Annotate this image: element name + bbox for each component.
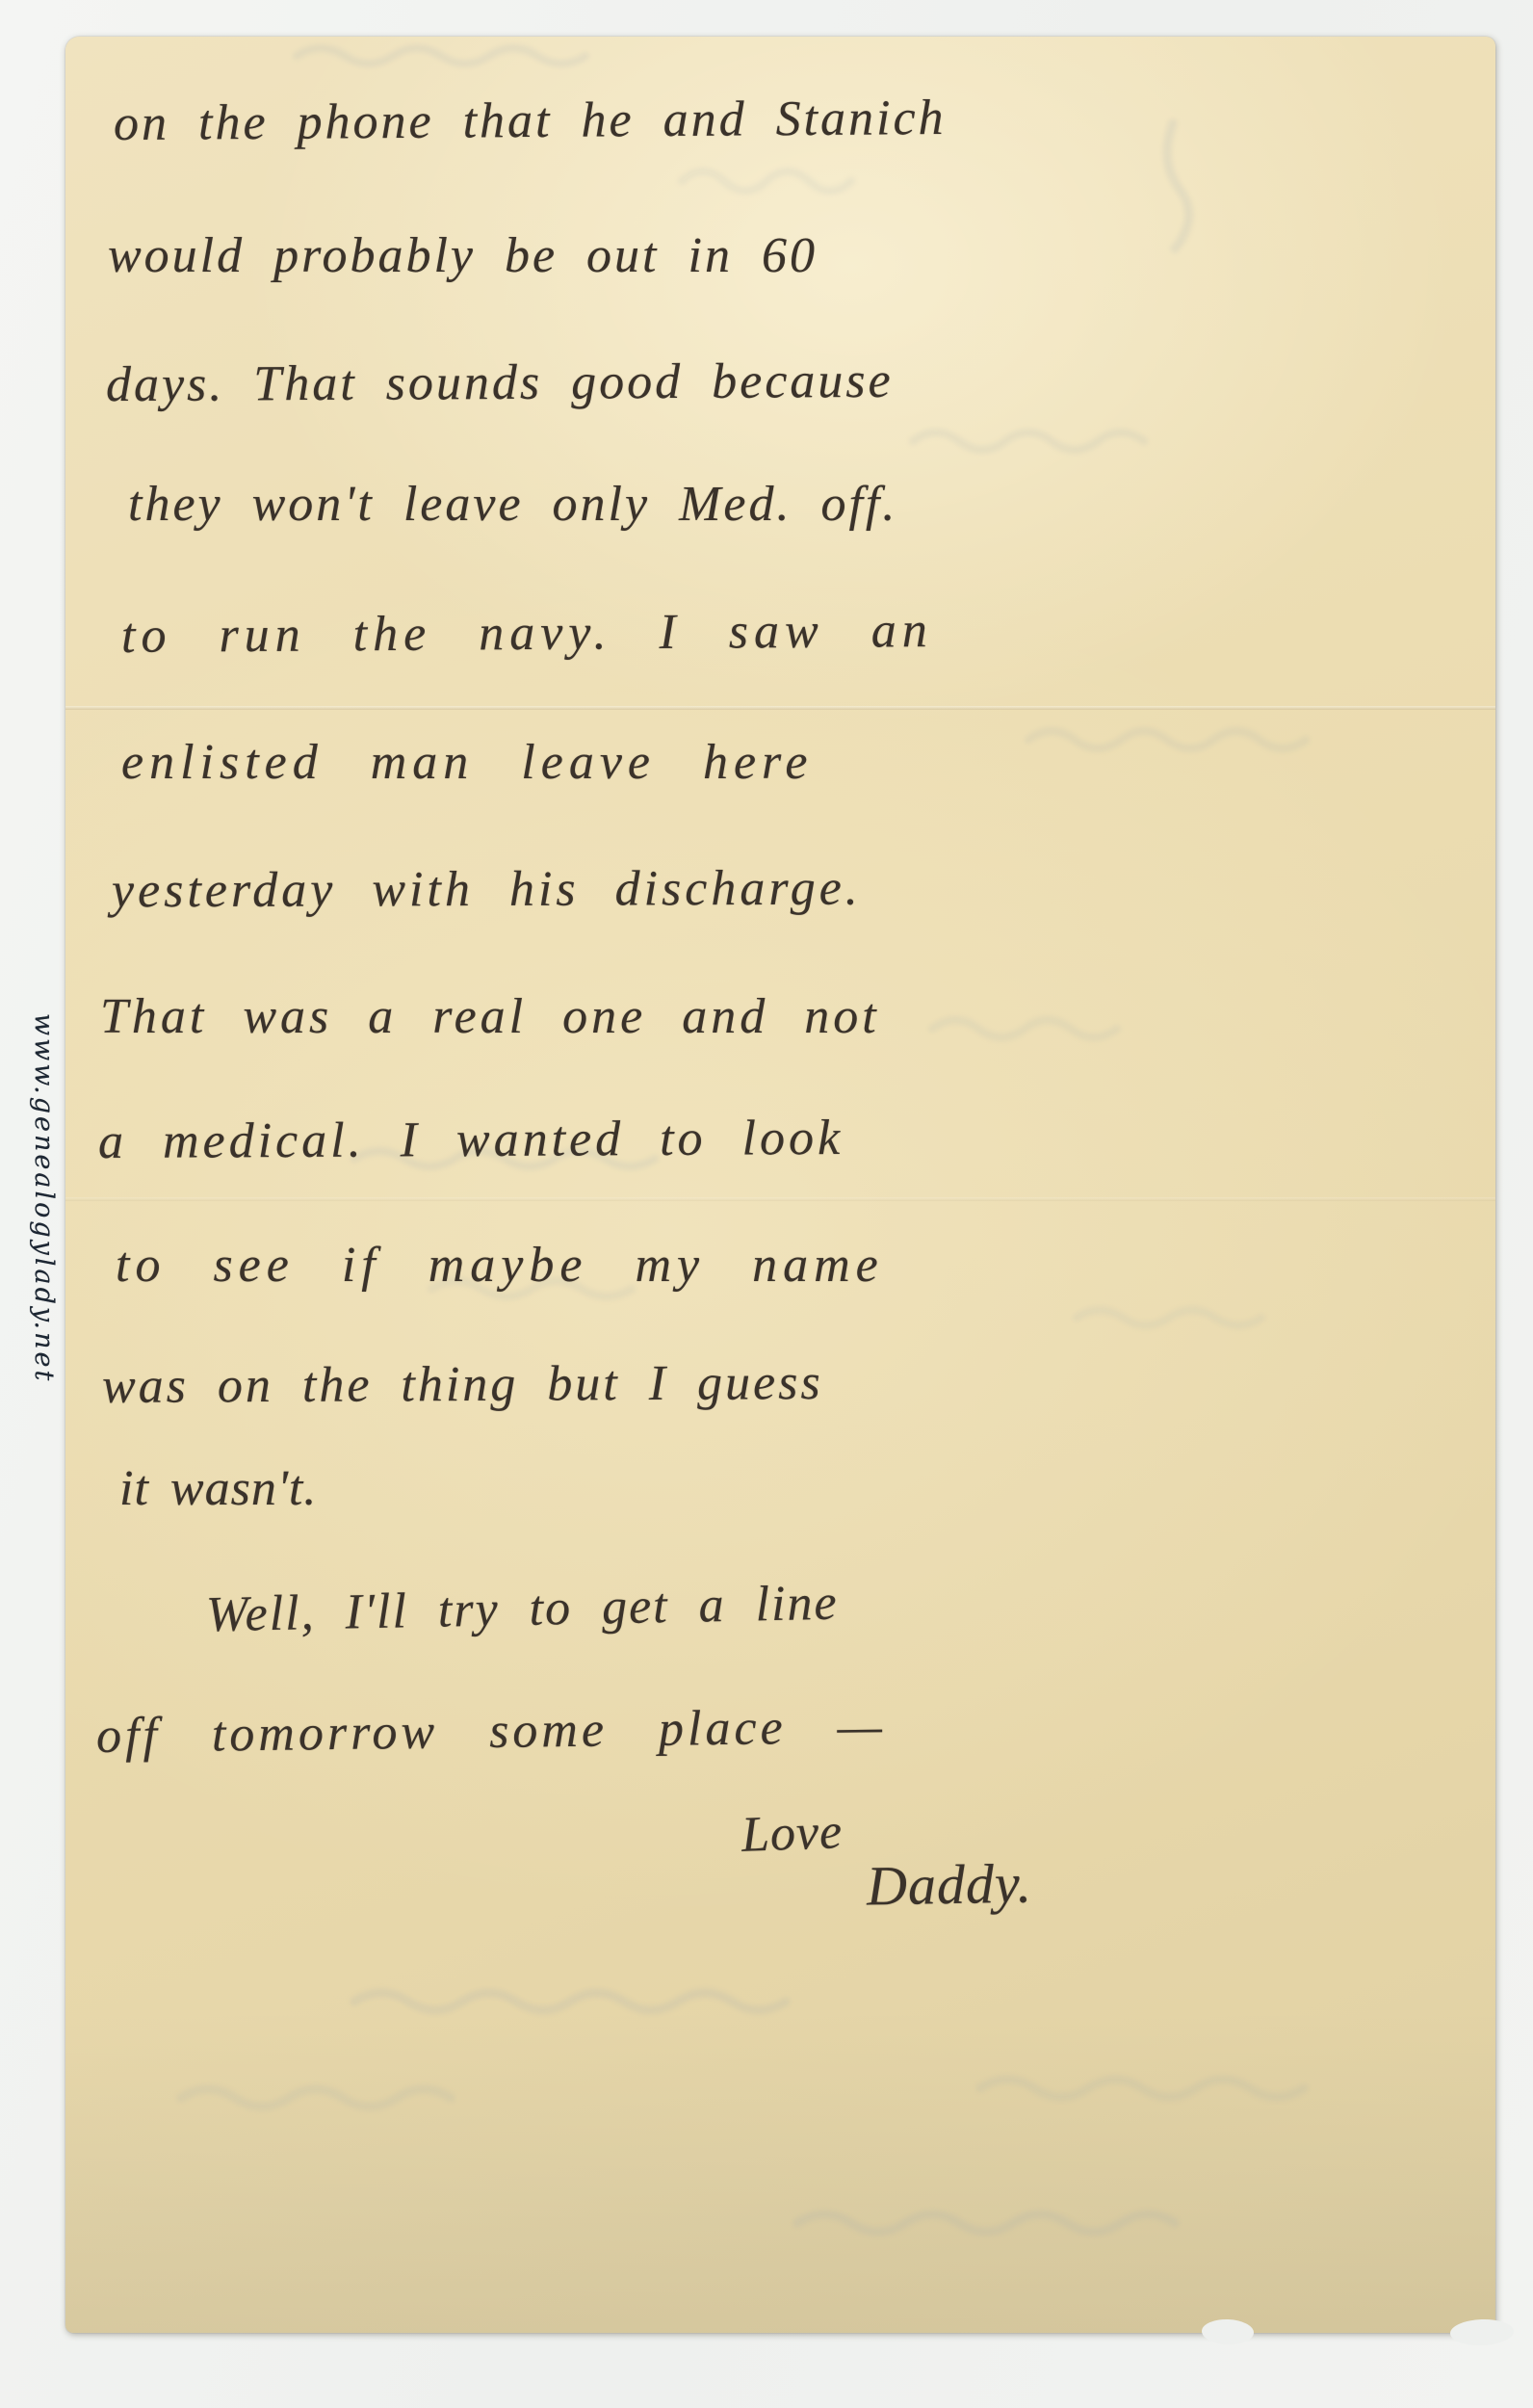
letter-line: to run the navy. I saw an [121,606,933,662]
letter-line: That was a real one and not [100,992,880,1042]
letter-line: they won't leave only Med. off. [128,480,897,530]
watermark-text: www.genealogylady.net [29,1013,59,1383]
letter-line: off tomorrow some place — [96,1702,886,1762]
letter-signature: Daddy. [867,1856,1033,1915]
scan-background: on the phone that he and Stanich would p… [0,0,1533,2408]
letter-line: yesterday with his discharge. [112,864,862,917]
letter-line: was on the thing but I guess [102,1358,823,1412]
letter-page: on the phone that he and Stanich would p… [65,37,1495,2333]
letter-line: to see if maybe my name [116,1241,884,1291]
letter-line: Well, I'll try to get a line [206,1579,839,1641]
letter-line: a medical. I wanted to look [98,1113,844,1167]
letter-line: enlisted man leave here [121,738,813,788]
letter-line: days. That sounds good because [106,356,894,410]
torn-edge-notch [1450,2318,1515,2346]
letter-line: would probably be out in 60 [108,231,818,281]
letter-line: on the phone that he and Stanich [114,93,947,149]
letter-line: it wasn't. [119,1464,317,1514]
letter-closing: Love [741,1807,844,1861]
